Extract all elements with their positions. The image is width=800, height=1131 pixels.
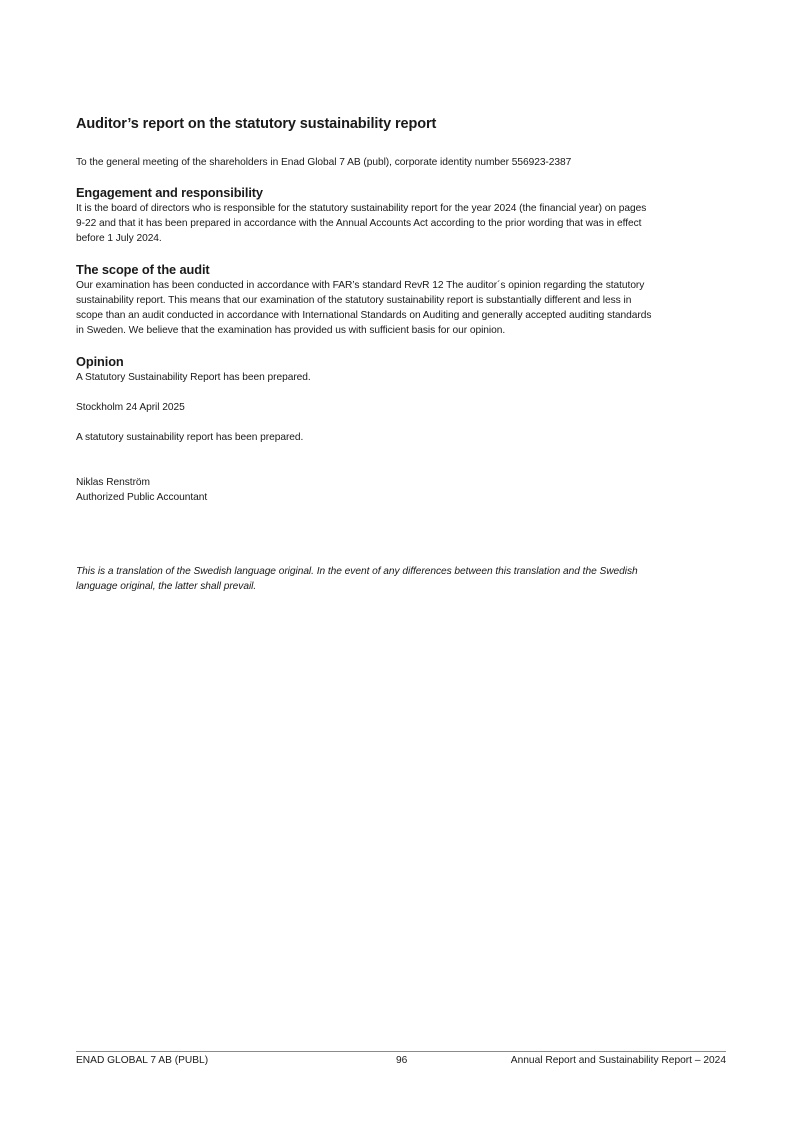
section-body: Our examination has been conducted in ac… <box>76 278 726 338</box>
page-number: 96 <box>396 1055 407 1066</box>
text-line: language original, the latter shall prev… <box>76 579 726 594</box>
section-body: A Statutory Sustainability Report has be… <box>76 370 726 505</box>
text-line: 9-22 and that it has been prepared in ac… <box>76 216 726 231</box>
section-heading: The scope of the audit <box>76 262 726 278</box>
section-opinion: Opinion A Statutory Sustainability Repor… <box>76 354 726 505</box>
text-line: Our examination has been conducted in ac… <box>76 278 726 293</box>
text-line: It is the board of directors who is resp… <box>76 201 726 216</box>
place-date: Stockholm 24 April 2025 <box>76 400 726 415</box>
footer-divider <box>76 1051 726 1052</box>
text-line: in Sweden. We believe that the examinati… <box>76 323 726 338</box>
footer-report-name: Annual Report and Sustainability Report … <box>511 1055 726 1066</box>
translation-note: This is a translation of the Swedish lan… <box>76 564 726 594</box>
page-title: Auditor’s report on the statutory sustai… <box>76 116 436 132</box>
signatory-title: Authorized Public Accountant <box>76 490 726 505</box>
text-line: before 1 July 2024. <box>76 231 726 246</box>
signatory-name: Niklas Renström <box>76 475 726 490</box>
section-engagement: Engagement and responsibility It is the … <box>76 185 726 246</box>
section-heading: Engagement and responsibility <box>76 185 726 201</box>
text-line: scope than an audit conducted in accorda… <box>76 308 726 323</box>
section-body: It is the board of directors who is resp… <box>76 201 726 246</box>
addressee-line: To the general meeting of the shareholde… <box>76 155 571 170</box>
text-line: sustainability report. This means that o… <box>76 293 726 308</box>
text-line: This is a translation of the Swedish lan… <box>76 564 726 579</box>
page-footer: ENAD GLOBAL 7 AB (PUBL) 96 Annual Report… <box>76 1055 726 1069</box>
text-line: A Statutory Sustainability Report has be… <box>76 370 726 385</box>
section-scope: The scope of the audit Our examination h… <box>76 262 726 338</box>
footer-company: ENAD GLOBAL 7 AB (PUBL) <box>76 1055 208 1066</box>
statement: A statutory sustainability report has be… <box>76 430 726 445</box>
section-heading: Opinion <box>76 354 726 370</box>
